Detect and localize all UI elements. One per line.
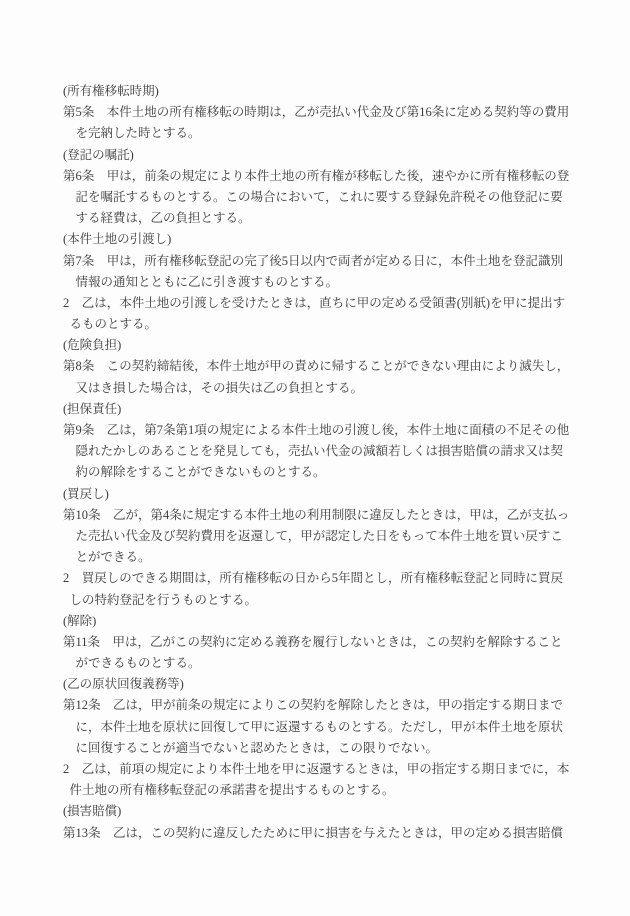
document-page: (所有権移転時期)第5条 本件土地の所有権移転の時期は，乙が売払い代金及び第16… <box>0 0 630 916</box>
section-heading: (担保責任) <box>63 399 569 420</box>
article-continuation-line: 隠れたかしのあることを発見しても，売払い代金の減額若しくは損害賠償の請求又は契 <box>63 441 569 462</box>
numbered-paragraph-continuation-line: るものとする。 <box>63 314 569 335</box>
numbered-paragraph-line: 2 乙は，本件土地の引渡しを受けたときは，直ちに甲の定める受領書(別紙)を甲に提… <box>63 293 569 314</box>
article-continuation-line: に回復することが適当でないと認めたときは，この限りでない。 <box>63 738 569 759</box>
article-first-line: 第6条 甲は，前条の規定により本件土地の所有権が移転した後，速やかに所有権移転の… <box>63 166 569 187</box>
article-continuation-line: た売払い代金及び契約費用を返還して，甲が認定した日をもって本件土地を買い戻すこ <box>63 526 569 547</box>
article-first-line: 第9条 乙は，第7条第1項の規定による本件土地の引渡し後，本件土地に面積の不足そ… <box>63 420 569 441</box>
numbered-paragraph-line: 2 買戻しのできる期間は，所有権移転の日から5年間とし，所有権移転登記と同時に買… <box>63 568 569 589</box>
article-first-line: 第10条 乙が，第4条に規定する本件土地の利用制限に違反したときは，甲は，乙が支… <box>63 505 569 526</box>
article-first-line: 第12条 乙は，甲が前条の規定によりこの契約を解除したときは，甲の指定する期日ま… <box>63 695 569 716</box>
article-continuation-line: 又はき損した場合は，その損失は乙の負担とする。 <box>63 378 569 399</box>
section-heading: (買戻し) <box>63 484 569 505</box>
article-first-line: 第11条 甲は，乙がこの契約に定める義務を履行しないときは，この契約を解除するこ… <box>63 632 569 653</box>
article-continuation-line: ができるものとする。 <box>63 653 569 674</box>
article-continuation-line: を完納した時とする。 <box>63 123 569 144</box>
numbered-paragraph-line: 2 乙は，前項の規定により本件土地を甲に返還するときは，甲の指定する期日までに，… <box>63 759 569 780</box>
section-heading: (乙の原状回復義務等) <box>63 674 569 695</box>
article-first-line: 第7条 甲は，所有権移転登記の完了後5日以内で両者が定める日に，本件土地を登記識… <box>63 251 569 272</box>
section-heading: (危険負担) <box>63 335 569 356</box>
article-continuation-line: に，本件土地を原状に回復して甲に返還するものとする。ただし，甲が本件土地を原状 <box>63 717 569 738</box>
section-heading: (所有権移転時期) <box>63 81 569 102</box>
section-heading: (解除) <box>63 611 569 632</box>
section-heading: (損害賠償) <box>63 801 569 822</box>
section-heading: (登記の嘱託) <box>63 145 569 166</box>
contract-text-block: (所有権移転時期)第5条 本件土地の所有権移転の時期は，乙が売払い代金及び第16… <box>63 81 569 844</box>
numbered-paragraph-continuation-line: 件土地の所有権移転登記の承諾書を提出するものとする。 <box>63 780 569 801</box>
article-continuation-line: する経費は，乙の負担とする。 <box>63 208 569 229</box>
numbered-paragraph-continuation-line: しの特約登記を行うものとする。 <box>63 590 569 611</box>
article-continuation-line: 記を嘱託するものとする。この場合において，これに要する登録免許税その他登記に要 <box>63 187 569 208</box>
article-first-line: 第8条 この契約締結後，本件土地が甲の責めに帰することができない理由により滅失し… <box>63 356 569 377</box>
section-heading: (本件土地の引渡し) <box>63 229 569 250</box>
article-first-line: 第5条 本件土地の所有権移転の時期は，乙が売払い代金及び第16条に定める契約等の… <box>63 102 569 123</box>
article-continuation-line: 約の解除をすることができないものとする。 <box>63 462 569 483</box>
article-continuation-line: 情報の通知とともに乙に引き渡すものとする。 <box>63 272 569 293</box>
article-continuation-line: とができる。 <box>63 547 569 568</box>
article-first-line: 第13条 乙は，この契約に違反したために甲に損害を与えたときは，甲の定める損害賠… <box>63 823 569 844</box>
